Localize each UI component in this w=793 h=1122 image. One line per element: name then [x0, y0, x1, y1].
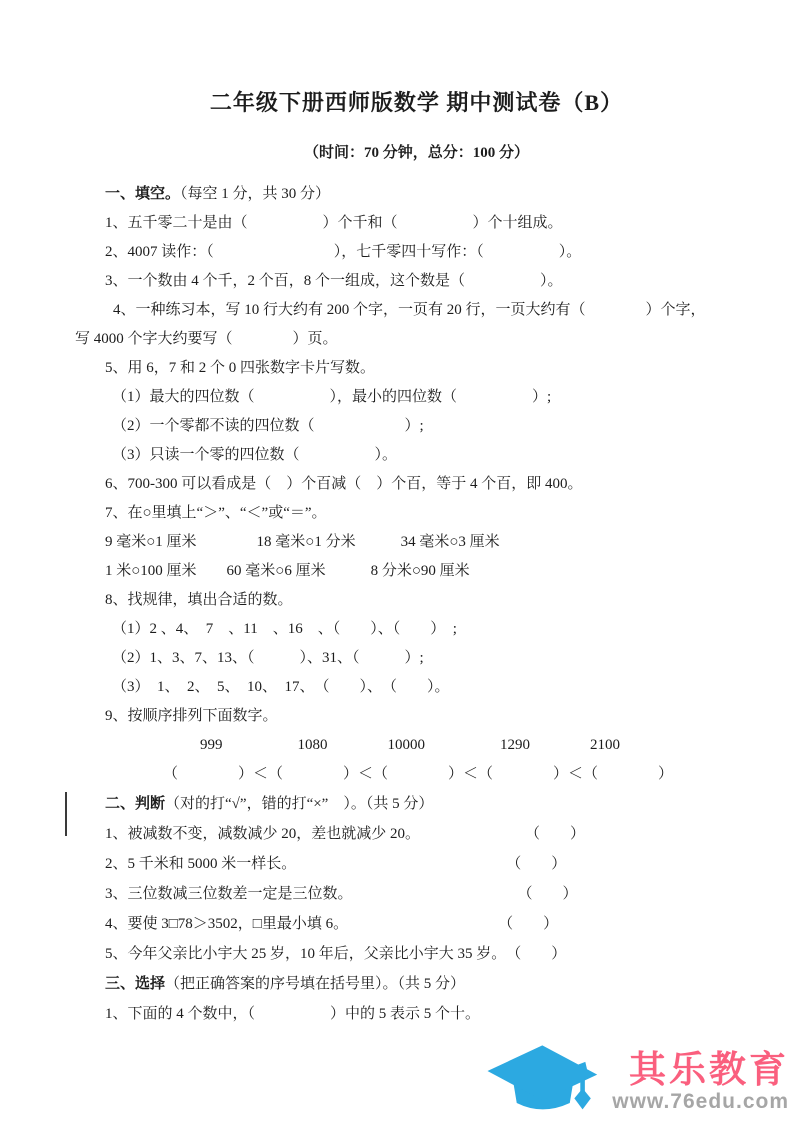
section-heading-label: 二、判断 [105, 796, 165, 812]
section-heading-label: 三、选择 [105, 976, 165, 992]
text-line: 1、下面的 4 个数中，（ ）中的 5 表示 5 个十。 [105, 999, 758, 1029]
text-line: 2、5 千米和 5000 米一样长。 （ ） [105, 849, 758, 879]
website-url: www.76edu.com [612, 1090, 789, 1114]
text-line: 写 4000 个字大约要写（ ）页。 [75, 325, 758, 354]
text-line: 6、700-300 可以看成是（ ）个百减（ ）个百，等于 4 个百，即 400… [105, 470, 758, 499]
text-line: 9、按顺序排列下面数字。 [105, 702, 758, 731]
text-line: （3）只读一个零的四位数（ ）。 [112, 441, 758, 470]
text-line: 9 毫米○1 厘米 18 毫米○1 分米 34 毫米○3 厘米 [105, 528, 758, 557]
text-line: 2、4007 读作：（ ），七千零四十写作：（ ）。 [105, 238, 758, 267]
text-line: 999 1080 10000 1290 2100 [200, 731, 758, 760]
text-line: 4、要使 3□78＞3502，□里最小填 6。 （ ） [105, 909, 758, 939]
text-line: （2）1、3、7、13、（ ）、31、（ ）; [112, 644, 758, 673]
text-line: （1）最大的四位数（ ），最小的四位数（ ）; [112, 383, 758, 412]
text-line: 1 米○100 厘米 60 毫米○6 厘米 8 分米○90 厘米 [105, 557, 758, 586]
site-logo: 其乐教育 www.76edu.com [482, 1028, 789, 1114]
section-heading: 二、判断（对的打“√”，错的打“×” ）。（共 5 分） [105, 789, 758, 819]
section-heading-label: 一、填空。 [105, 186, 180, 202]
section-heading: 一、填空。（每空 1 分，共 30 分） [105, 180, 758, 209]
text-line: 1、五千零二十是由（ ）个千和（ ）个十组成。 [105, 209, 758, 238]
text-line: 1、被减数不变，减数减少 20，差也就减少 20。 （ ） [105, 819, 758, 849]
text-line: 5、用 6，7 和 2 个 0 四张数字卡片写数。 [105, 354, 758, 383]
section-heading: 三、选择（把正确答案的序号填在括号里）。（共 5 分） [105, 969, 758, 999]
page-title: 二年级下册西师版数学 期中测试卷（B） [75, 86, 758, 117]
text-line: （1）2 、4、 7 、11 、16 、（ ）、（ ） ; [112, 615, 758, 644]
text-line: （ ）＜（ ）＜（ ）＜（ ）＜（ ） [163, 760, 758, 789]
document-body: 一、填空。（每空 1 分，共 30 分）1、五千零二十是由（ ）个千和（ ）个十… [75, 180, 758, 1029]
text-line: 5、今年父亲比小宇大 25 岁，10 年后，父亲比小宇大 35 岁。 （ ） [105, 939, 758, 969]
logo-text: 其乐教育 www.76edu.com [612, 1050, 789, 1114]
test-paper: 二年级下册西师版数学 期中测试卷（B） （时间：70 分钟，总分：100 分） … [0, 0, 793, 1029]
page-subtitle: （时间：70 分钟，总分：100 分） [75, 141, 758, 162]
text-line: 3、一个数由 4 个千，2 个百，8 个一组成，这个数是（ ）。 [105, 267, 758, 296]
text-line: （3） 1、 2、 5、 10、 17、 （ ）、 （ ）。 [112, 673, 758, 702]
graduation-cap-icon [482, 1028, 610, 1114]
brand-text: 其乐教育 [629, 1050, 789, 1090]
text-line: 7、在○里填上“＞”、“＜”或“＝”。 [105, 499, 758, 528]
text-line: 8、找规律，填出合适的数。 [105, 586, 758, 615]
margin-line [65, 792, 67, 836]
text-line: （2）一个零都不读的四位数（ ）; [112, 412, 758, 441]
text-line: 3、三位数减三位数差一定是三位数。 （ ） [105, 879, 758, 909]
text-line: 4、一种练习本，写 10 行大约有 200 个字，一页有 20 行，一页大约有（… [113, 296, 758, 325]
